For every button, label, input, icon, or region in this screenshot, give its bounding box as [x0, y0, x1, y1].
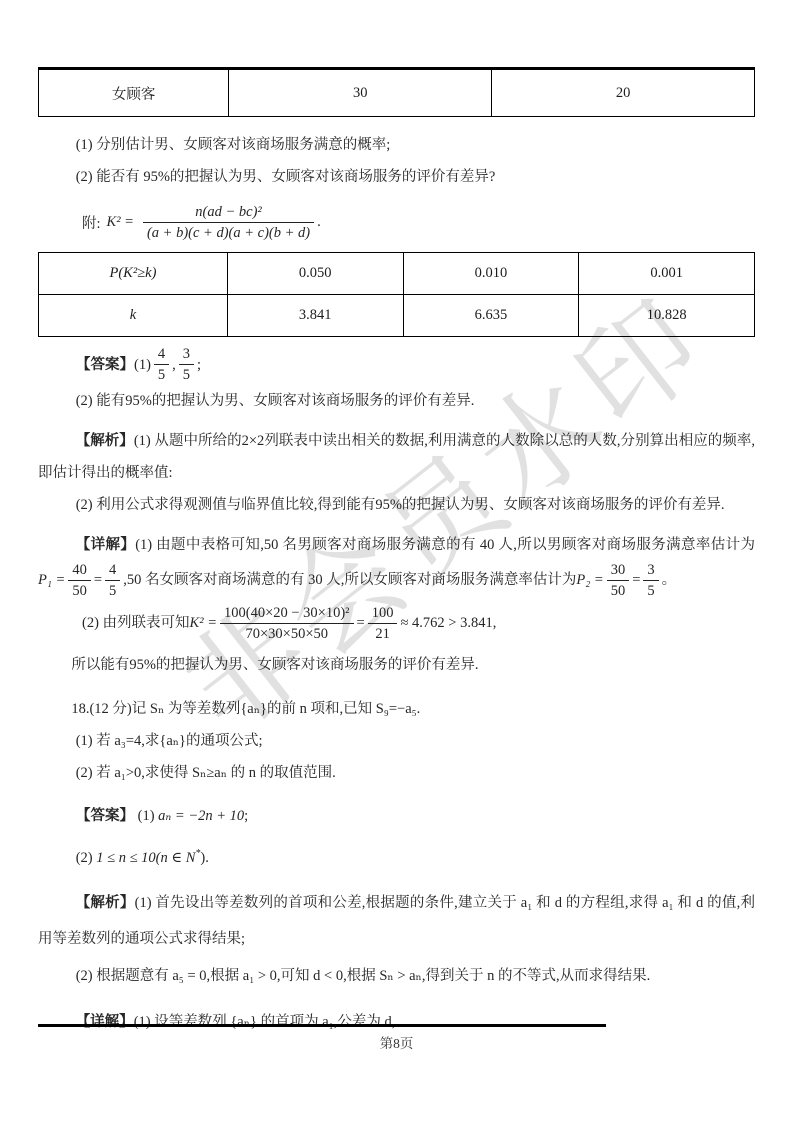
q18-part1: (1) 若 a₃=4,求{aₙ}的通项公式;	[38, 725, 755, 757]
answer17-part1: 【答案】 (1) 45,35 ;	[38, 345, 201, 384]
detail17-p3: 所以能有95%的把握认为男、女顾客对该商场服务的评价有差异.	[38, 649, 755, 681]
formula-prefix: 附:	[82, 212, 101, 233]
table-cell: 20	[492, 69, 755, 117]
q17-part1: (1) 分别估计男、女顾客对该商场服务满意的概率;	[38, 129, 755, 161]
q18-statement: 18.(12 分)记 Sₙ 为等差数列{aₙ}的前 n 项和,已知 S₉=−a₅…	[38, 693, 755, 725]
formula-lhs: K² =	[107, 214, 134, 231]
detail17-p2: (2) 由列联表可知 K² = 100(40×20 − 30×10)²70×30…	[38, 604, 496, 643]
fraction: 45	[154, 345, 169, 384]
table-cell: k	[39, 295, 228, 337]
analysis18-p2: (2) 根据题意有 a₅ = 0,根据 a₁ > 0,可知 d < 0,根据 S…	[38, 957, 755, 995]
page-number: 第8页	[0, 1032, 793, 1052]
k2-formula: 附: K² = n(ad − bc)²(a + b)(c + d)(a + c)…	[38, 203, 755, 242]
table-cell: 女顾客	[39, 69, 229, 117]
analysis18-p1: 【解析】(1) 首先设出等差数列的首项和公差,根据题的条件,建立关于 a₁ 和 …	[38, 885, 755, 957]
fraction: 45	[105, 561, 120, 600]
footer-divider	[38, 1024, 606, 1027]
critical-value-table: P(K²≥k) 0.050 0.010 0.001 k 3.841 6.635 …	[38, 252, 755, 337]
fraction: 100(40×20 − 30×10)²70×30×50×50	[220, 604, 354, 643]
fraction: 3050	[607, 561, 630, 600]
table-cell: 0.050	[227, 253, 403, 295]
answer-label: 【答案】	[76, 349, 134, 381]
fraction: 4050	[68, 561, 91, 600]
table-cell: 6.635	[403, 295, 579, 337]
table-cell: 0.010	[403, 253, 579, 295]
table-cell: 0.001	[579, 253, 755, 295]
table-row: P(K²≥k) 0.050 0.010 0.001	[39, 253, 755, 295]
q17-part2: (2) 能否有 95%的把握认为男、女顾客对该商场服务的评价有差异?	[38, 161, 755, 193]
table-cell: 10.828	[579, 295, 755, 337]
answer17-part2: (2) 能有95%的把握认为男、女顾客对该商场服务的评价有差异.	[38, 385, 755, 417]
fraction: 35	[179, 345, 194, 384]
answer18-part2: (2) 1 ≤ n ≤ 10(n ∈ N*).	[38, 835, 755, 877]
formula-fraction: n(ad − bc)²(a + b)(c + d)(a + c)(b + d)	[143, 203, 314, 242]
table-row: k 3.841 6.635 10.828	[39, 295, 755, 337]
analysis17-p2: (2) 利用公式求得观测值与临界值比较,得到能有95%的把握认为男、女顾客对该商…	[38, 489, 755, 521]
fraction: 10021	[368, 604, 398, 643]
table-cell: 30	[229, 69, 492, 117]
table-row: 女顾客 30 20	[39, 69, 755, 117]
document-page: 非会员水印 女顾客 30 20 (1) 分别估计男、女顾客对该商场服务满意的概率…	[0, 0, 793, 1122]
table-cell: 3.841	[227, 295, 403, 337]
table-cell: P(K²≥k)	[39, 253, 228, 295]
q18-part2: (2) 若 a₁>0,求使得 Sₙ≥aₙ 的 n 的取值范围.	[38, 757, 755, 789]
answer18-part1: 【答案】 (1) aₙ = −2n + 10;	[38, 797, 755, 835]
fraction: 35	[643, 561, 658, 600]
formula-period: .	[317, 214, 321, 231]
detail17-p1: 【详解】(1) 由题中表格可知,50 名男顾客对商场服务满意的有 40 人,所以…	[38, 529, 755, 600]
contingency-table: 女顾客 30 20	[38, 67, 755, 117]
analysis17-p1: 【解析】(1) 从题中所给的2×2列联表中读出相关的数据,利用满意的人数除以总的…	[38, 425, 755, 489]
